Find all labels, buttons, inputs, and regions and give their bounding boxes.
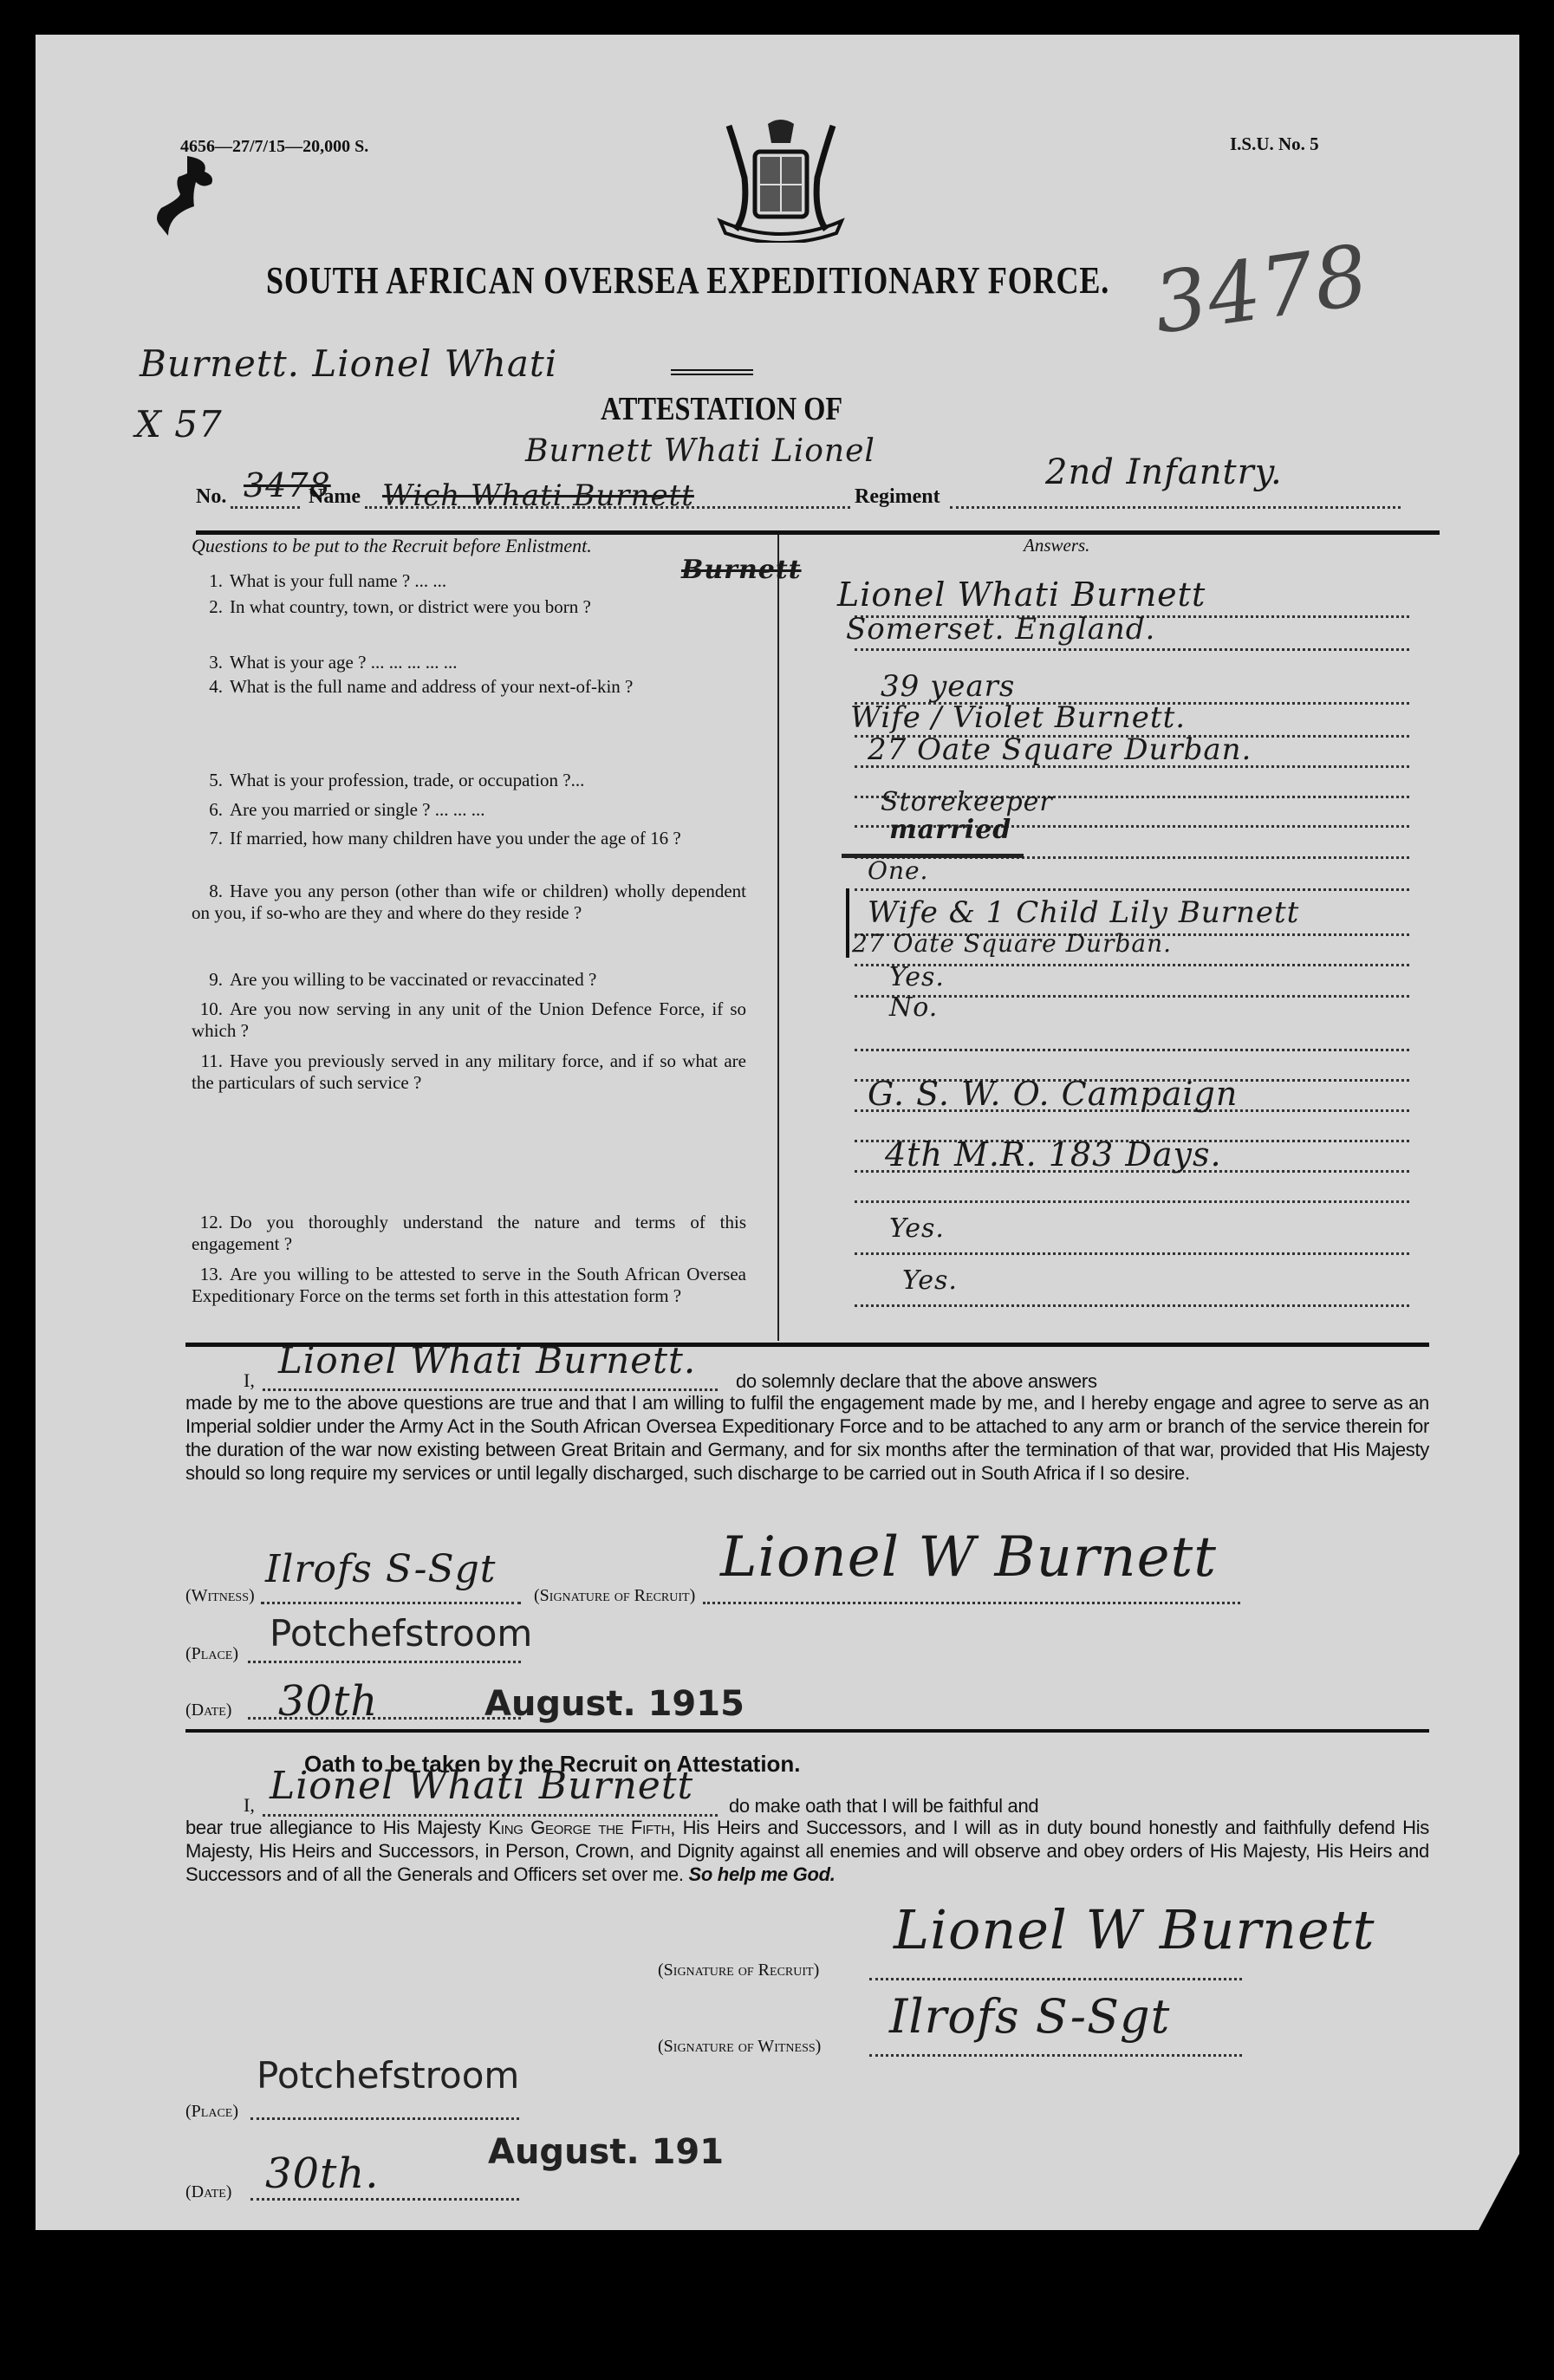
oath-text-first: do make oath that I will be faithful and [729, 1794, 1422, 1818]
oath-place-label: (Place) [185, 2102, 238, 2122]
answer-12: Yes. [889, 1213, 945, 1244]
oath-date-day: 30th. [265, 2149, 380, 2198]
regiment-field-dots [950, 506, 1401, 509]
answer-7: One. [868, 856, 928, 885]
answer-line [855, 1252, 1409, 1255]
oath-witness-dots [869, 2054, 1242, 2057]
question-13: 13.Are you willing to be attested to ser… [192, 1264, 746, 1307]
form-title: SOUTH AFRICAN OVERSEA EXPEDITIONARY FORC… [266, 258, 1109, 302]
recruit-signature: Lionel W Burnett [720, 1525, 1217, 1590]
name-value: Burnett Whati Lionel [525, 433, 875, 469]
question-8: 8.Have you any person (other than wife o… [192, 881, 746, 924]
answer-8: Wife & 1 Child Lily Burnett [868, 895, 1299, 930]
question-7: 7.If married, how many children have you… [192, 828, 746, 849]
answer-4-address: 27 Oate Square Durban. [868, 732, 1252, 767]
question-12: 12.Do you thoroughly understand the natu… [192, 1212, 746, 1255]
no-label: No. [196, 485, 226, 509]
answer-13: Yes. [902, 1265, 958, 1296]
place-label: (Place) [185, 1644, 238, 1664]
coat-of-arms-icon [694, 117, 868, 243]
form-print-code: 4656—27/7/15—20,000 S. [180, 137, 368, 157]
oath-witness-signature: Ilrofs S-Sgt [889, 1989, 1170, 2044]
question-9: 9.Are you willing to be vaccinated or re… [192, 969, 746, 991]
king-name: King George the Fifth [488, 1817, 670, 1838]
date-label: (Date) [185, 1700, 231, 1720]
answer-11: G. S. W. O. Campaign [868, 1075, 1238, 1113]
oath-recruit-signature-label: (Signature of Recruit) [658, 1961, 819, 1980]
question-6: 6.Are you married or single ? ... ... ..… [192, 799, 746, 821]
question-2: 2.In what country, town, or district wer… [192, 596, 746, 618]
answer-1-struck: Burnett [681, 555, 802, 585]
oath-place-stamp: Potchefstroom [257, 2054, 519, 2097]
answer-line [855, 1049, 1409, 1051]
attestation-form-page: 4656—27/7/15—20,000 S. I.S.U. No. 5 SOUT… [36, 35, 1519, 2230]
witness-signature: Ilrofs S-Sgt [265, 1547, 496, 1591]
place-dots [248, 1661, 521, 1663]
oath-date-dots [250, 2198, 519, 2201]
oath-place-dots [250, 2117, 519, 2120]
witness-label: (Witness) [185, 1586, 255, 1606]
regiment-value: 2nd Infantry. [1045, 452, 1283, 492]
answer-10: No. [889, 992, 938, 1023]
column-divider [777, 535, 779, 1341]
date-stamp: August. 1915 [484, 1684, 744, 1724]
oath-recruit-signature-dots [869, 1978, 1242, 1980]
oath-recruit-signature: Lionel W Burnett [894, 1898, 1375, 1961]
answers-header: Answers. [1024, 535, 1089, 556]
question-11: 11.Have you previously served in any mil… [192, 1050, 746, 1094]
oath-date-stamp: August. 191 [488, 2132, 724, 2172]
answer-4: Wife / Violet Burnett. [850, 700, 1186, 735]
answer-8-address: 27 Oate Square Durban. [852, 929, 1172, 958]
declaration-text-first: do solemnly declare that the above answe… [736, 1369, 1429, 1393]
answer-9: Yes. [889, 962, 945, 992]
answer-line [855, 648, 1409, 651]
oath-name: Lionel Whati Burnett [270, 1764, 693, 1808]
answer-2: Somerset. England. [846, 612, 1155, 647]
name-label: Name [309, 485, 361, 509]
identity-line: No. 3478 Name Wich Whati Burnett Burnett… [196, 485, 1444, 511]
answer-line [855, 1304, 1409, 1307]
answer-line [855, 1200, 1409, 1203]
declaration-text-body: made by me to the above questions are tr… [185, 1391, 1429, 1485]
question-5: 5.What is your profession, trade, or occ… [192, 770, 746, 791]
oath-text-body: bear true allegiance to His Majesty King… [185, 1816, 1429, 1886]
answer-3: 39 years [881, 669, 1015, 704]
regiment-label: Regiment [855, 485, 940, 509]
question-10: 10.Are you now serving in any unit of th… [192, 998, 746, 1042]
form-id: I.S.U. No. 5 [1230, 133, 1319, 155]
question-1: 1.What is your full name ? ... ... [192, 570, 746, 592]
ink-blot-icon [153, 156, 248, 251]
file-number-annotation: 3478 [1148, 226, 1374, 352]
handwritten-code-annotation: X 57 [135, 403, 223, 445]
attestation-subtitle: ATTESTATION OF [601, 390, 842, 428]
oath-prefix: I, [244, 1794, 255, 1817]
bracket-mark [846, 888, 849, 958]
declaration-name: Lionel Whati Burnett. [278, 1339, 696, 1382]
declaration-prefix: I, [244, 1369, 255, 1392]
oath-date-label: (Date) [185, 2182, 231, 2202]
oath-top-rule [185, 1729, 1429, 1733]
name-struck-value: Wich Whati Burnett [382, 478, 694, 513]
date-day: 30th [278, 1677, 378, 1726]
question-4: 4.What is the full name and address of y… [192, 676, 746, 698]
answer-11-details: 4th M.R. 183 Days. [885, 1135, 1222, 1174]
answer-line [855, 888, 1409, 891]
title-double-rule [671, 369, 753, 375]
answer-6: married [889, 815, 1011, 845]
place-stamp: Potchefstroom [270, 1612, 532, 1655]
answer-5: Storekeeper [881, 787, 1053, 817]
witness-dots [261, 1602, 521, 1604]
oath-witness-label: (Signature of Witness) [658, 2037, 821, 2057]
oath-closing: So help me God. [688, 1863, 835, 1885]
question-3: 3.What is your age ? ... ... ... ... ... [192, 652, 746, 673]
no-field-dots [231, 506, 300, 509]
handwritten-name-annotation: Burnett. Lionel Whati [140, 342, 557, 385]
answer-1: Lionel Whati Burnett [837, 575, 1206, 614]
recruit-signature-label: (Signature of Recruit) [534, 1586, 695, 1606]
questions-header: Questions to be put to the Recruit befor… [192, 535, 592, 557]
recruit-signature-dots [703, 1602, 1240, 1604]
